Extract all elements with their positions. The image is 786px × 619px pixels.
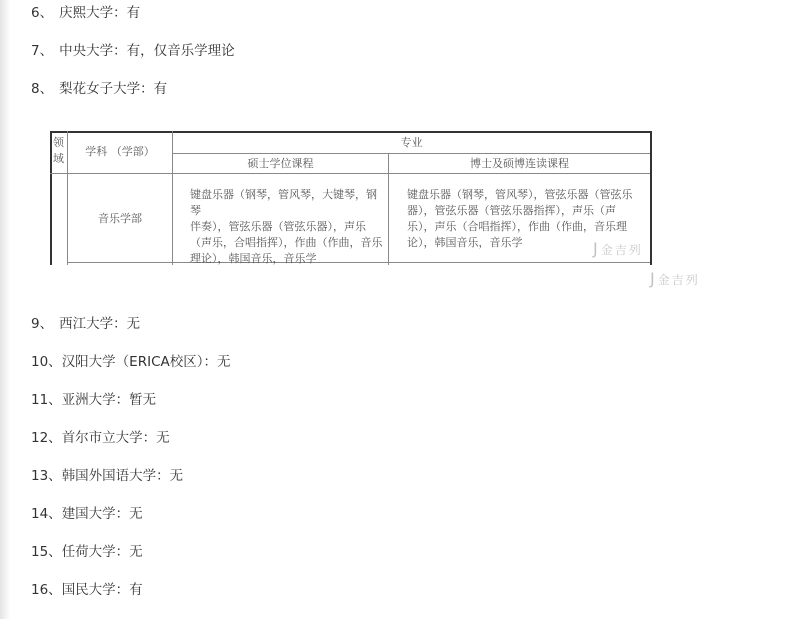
item-text: 庆熙大学：有 [59, 5, 140, 21]
master-line: 伴奏），管弦乐器（管弦乐器），声乐 [190, 219, 386, 235]
watermark-logo: J金吉列 [593, 239, 643, 258]
item-number: 12、 [31, 430, 62, 446]
list-item: 8、梨花女子大学：有 [31, 80, 167, 98]
table-border-top [50, 131, 652, 133]
list-item: 9、西江大学：无 [31, 315, 140, 333]
item-text: 建国大学：无 [62, 506, 143, 522]
item-text: 韩国外国语大学：无 [62, 468, 184, 484]
list-item: 13、韩国外国语大学：无 [31, 467, 183, 485]
item-text: 梨花女子大学：有 [59, 81, 167, 97]
master-line: （声乐，合唱指挥），作曲（作曲，音乐 [190, 235, 386, 251]
table-border-left [50, 131, 52, 265]
item-number: 6、 [31, 5, 53, 21]
watermark-text: 金吉列 [658, 273, 700, 287]
list-item: 6、庆熙大学：有 [31, 4, 140, 22]
header-field-text: 领域 [53, 136, 64, 165]
list-item: 11、亚洲大学：暂无 [31, 391, 156, 409]
list-item: 10、汉阳大学（ERICA校区）：无 [31, 353, 231, 371]
item-number: 14、 [31, 506, 62, 522]
list-item: 16、国民大学：有 [31, 581, 143, 599]
item-number: 16、 [31, 582, 62, 598]
header-subject: 学科 （学部） [68, 144, 172, 160]
table-border-right [650, 131, 652, 265]
master-line: 键盘乐器（钢琴，管风琴，大键琴，钢琴 [190, 187, 386, 219]
item-number: 15、 [31, 544, 62, 560]
item-text: 西江大学：无 [59, 316, 140, 332]
major-table-image: 领域 学科 （学部） 专业 硕士学位课程 博士及硕博连读课程 音乐学部 键盘乐器… [50, 131, 652, 265]
header-doctor: 博士及硕博连读课程 [389, 156, 650, 172]
doctor-line: 器），管弦乐器（管弦乐器指挥），声乐（声 [407, 203, 647, 219]
item-text: 亚洲大学：暂无 [62, 392, 157, 408]
item-text: 首尔市立大学：无 [62, 430, 170, 446]
watermark-logo: J金吉列 [650, 269, 700, 288]
list-item: 7、中央大学：有，仅音乐学理论 [31, 42, 235, 60]
row-master-courses: 键盘乐器（钢琴，管风琴，大键琴，钢琴 伴奏），管弦乐器（管弦乐器），声乐 （声乐… [190, 187, 386, 265]
item-text: 汉阳大学（ERICA校区）：无 [62, 354, 231, 370]
list-item: 14、建国大学：无 [31, 505, 143, 523]
table-col-line [172, 131, 173, 265]
item-number: 9、 [31, 316, 53, 332]
master-line: 理论），韩国音乐，音乐学 [190, 251, 386, 265]
item-text: 中央大学：有，仅音乐学理论 [59, 43, 235, 59]
watermark-text: 金吉列 [601, 243, 643, 257]
item-number: 11、 [31, 392, 62, 408]
header-field: 领域 [53, 135, 67, 167]
list-item: 15、任荷大学：无 [31, 543, 143, 561]
header-major: 专业 [173, 135, 650, 151]
item-text: 任荷大学：无 [62, 544, 143, 560]
page-left-shadow [0, 0, 10, 619]
row-subject: 音乐学部 [68, 211, 172, 227]
doctor-line: 键盘乐器（钢琴，管风琴），管弦乐器（管弦乐 [407, 187, 647, 203]
watermark-glyph-icon: J [650, 269, 657, 288]
header-master: 硕士学位课程 [173, 156, 388, 172]
list-item: 12、首尔市立大学：无 [31, 429, 170, 447]
watermark-glyph-icon: J [593, 239, 600, 258]
doctor-line: 乐），声乐（合唱指挥），作曲（作曲，音乐理 [407, 219, 647, 235]
item-text: 国民大学：有 [62, 582, 143, 598]
item-number: 10、 [31, 354, 62, 370]
item-number: 7、 [31, 43, 53, 59]
table-row-line [50, 173, 650, 174]
table-row-line [172, 153, 650, 154]
item-number: 8、 [31, 81, 53, 97]
item-number: 13、 [31, 468, 62, 484]
